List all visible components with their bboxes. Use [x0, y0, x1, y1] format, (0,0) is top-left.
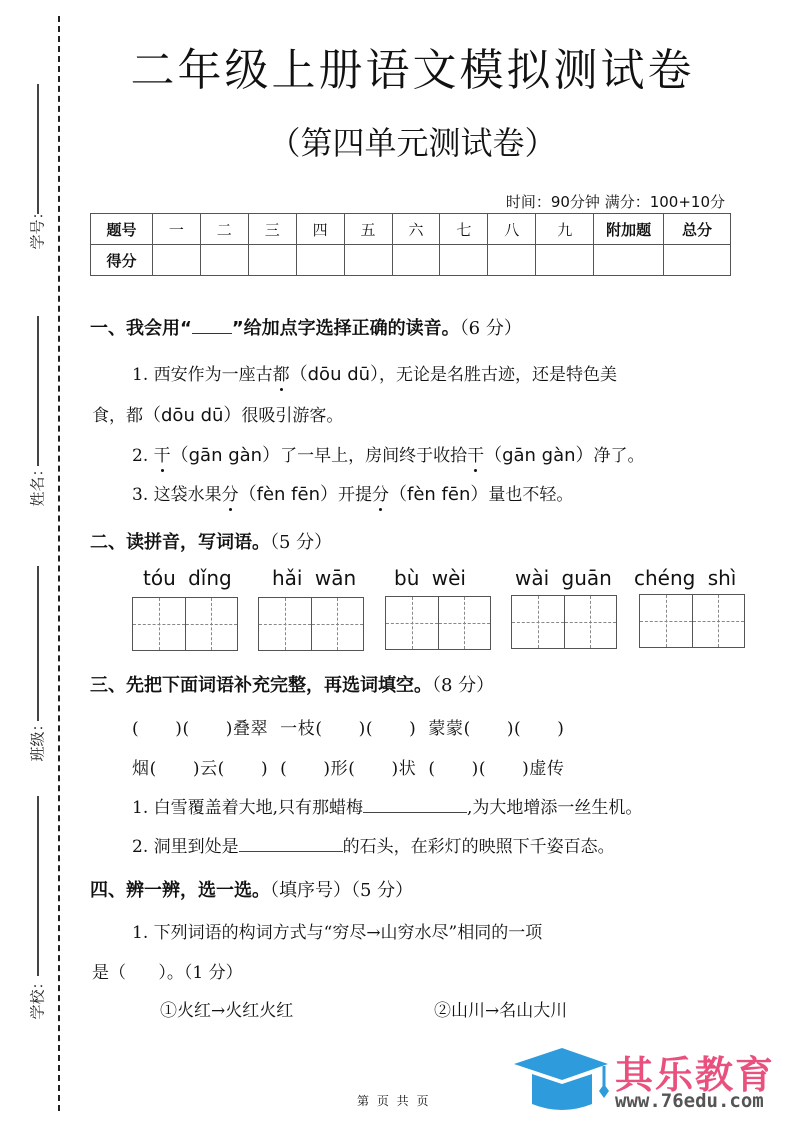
section1-q2: 2. 干（gān gàn）了一早上，房间终于收拾干（gān gàn）净了。 [132, 441, 645, 467]
section1-q1-line1: 1. 西安作为一座古都（dōu dū），无论是名胜古迹，还是特色美 [132, 360, 617, 386]
section4-points: （填序号）（5 分） [270, 880, 413, 901]
fill-blank[interactable] [363, 797, 467, 813]
cell-header: 二 [200, 214, 248, 245]
grid-cell[interactable] [185, 598, 238, 650]
cell-header: 一 [152, 214, 200, 245]
section2-points: （5 分） [270, 532, 332, 553]
section1-title-b: ”给加点字选择正确的读音。 [232, 318, 460, 339]
grid-cell[interactable] [133, 598, 185, 650]
cell-header: 附加题 [594, 214, 664, 245]
q1-text: 1. 白雪覆盖着大地,只有那蜡梅 [132, 798, 363, 818]
score-cell[interactable] [392, 245, 440, 276]
grid-cell[interactable] [259, 598, 311, 650]
score-cell[interactable] [200, 245, 248, 276]
binding-dashed-line [58, 16, 60, 1111]
option-1: ①火红→火红火红 [160, 996, 293, 1021]
q1-text: 很吸引游客。 [241, 406, 343, 426]
underline-sample [192, 318, 232, 334]
section3-title-text: 三、先把下面词语补充完整，再选词填空。 [90, 675, 432, 696]
school-field[interactable]: 学校： [8, 796, 48, 1046]
class-field[interactable]: 班级： [8, 566, 48, 766]
score-cell[interactable] [488, 245, 536, 276]
section3-title: 三、先把下面词语补充完整，再选词填空。（8 分） [90, 671, 494, 697]
cell-row-label: 得分 [91, 245, 153, 276]
q1-text: ,为大地增添一丝生机。 [467, 798, 642, 818]
section2-title: 二、读拼音，写词语。（5 分） [90, 528, 332, 554]
q3-text: 开提 [338, 485, 372, 505]
score-cell[interactable] [594, 245, 664, 276]
section4-title: 四、辨一辨，选一选。（填序号）（5 分） [90, 876, 413, 902]
writing-grid[interactable] [132, 597, 238, 651]
dotted-char: 干 [154, 441, 171, 466]
pinyin-word: chéng shì [634, 566, 736, 590]
pinyin-choice[interactable]: （fèn fēn） [389, 484, 488, 505]
q3-text: 3. 这袋水果 [132, 485, 222, 505]
score-cell[interactable] [152, 245, 200, 276]
school-label: 学校： [27, 990, 48, 1020]
page-title: 二年级上册语文模拟测试卷 [95, 34, 730, 98]
grid-cell[interactable] [386, 597, 438, 649]
q2-text: 2. [132, 446, 154, 466]
cell-header: 三 [248, 214, 296, 245]
grid-cell[interactable] [640, 595, 692, 647]
score-cell[interactable] [536, 245, 594, 276]
exam-meta: 时间：90分钟 满分：100+10分 [506, 191, 725, 212]
grid-cell[interactable] [564, 596, 617, 648]
brand-url[interactable]: www.76edu.com [615, 1090, 764, 1112]
q2-text: 的石头，在彩灯的映照下千姿百态。 [343, 837, 615, 857]
q2-text: 净了。 [594, 446, 645, 466]
pinyin-choice[interactable]: （fèn fēn） [239, 484, 338, 505]
q1-text: 1. 西安作为一座古 [132, 365, 273, 385]
class-label: 班级： [27, 732, 48, 762]
fill-blank[interactable] [239, 836, 343, 852]
section4-title-text: 四、辨一辨，选一选。 [90, 880, 270, 901]
name-field[interactable]: 姓名： [8, 316, 48, 516]
score-cell[interactable] [248, 245, 296, 276]
student-id-field[interactable]: 学号： [8, 84, 48, 274]
pinyin-word: bù wèi [394, 566, 466, 590]
section3-q1: 1. 白雪覆盖着大地,只有那蜡梅,为大地增添一丝生机。 [132, 793, 642, 818]
page-number: 第 页 共 页 [357, 1092, 428, 1109]
class-line[interactable] [37, 566, 39, 721]
grid-cell[interactable] [438, 597, 491, 649]
cell-header: 八 [488, 214, 536, 245]
section3-points: （8 分） [432, 675, 494, 696]
section1-points: （6 分） [460, 318, 522, 339]
cell-header: 六 [392, 214, 440, 245]
section1-q1-line2: 食，都（dōu dū）很吸引游客。 [92, 401, 343, 427]
cell-header: 九 [536, 214, 594, 245]
q2-text: 2. 洞里到处是 [132, 837, 239, 857]
grid-cell[interactable] [692, 595, 745, 647]
pinyin-choice[interactable]: （gān gàn） [484, 445, 593, 466]
name-label: 姓名： [27, 477, 48, 507]
score-cell[interactable] [664, 245, 731, 276]
section1-title-a: 一、我会用“ [90, 318, 192, 339]
writing-grid[interactable] [385, 596, 491, 650]
cell-header: 总分 [664, 214, 731, 245]
grid-cell[interactable] [512, 596, 564, 648]
idiom-row-2[interactable]: 烟( )云( ) ( )形( )状 ( )( )虚传 [132, 754, 565, 779]
section4-q1-line2[interactable]: 是（ ）。（1 分） [92, 958, 243, 983]
pinyin-choice[interactable]: （gān gàn） [171, 445, 280, 466]
cell-header: 四 [296, 214, 344, 245]
q1-text: 食，都 [92, 406, 143, 426]
grid-cell[interactable] [311, 598, 364, 650]
section4-q1-line1: 1. 下列词语的构词方式与“穷尽→山穷水尽”相同的一项 [132, 918, 542, 943]
q1-text: ，无论是名胜古迹，还是特色美 [379, 365, 617, 385]
writing-grid[interactable] [258, 597, 364, 651]
pinyin-word: hǎi wān [272, 566, 356, 590]
student-id-line[interactable] [37, 84, 39, 214]
score-table-score-row: 得分 [91, 245, 731, 276]
section3-q2: 2. 洞里到处是的石头，在彩灯的映照下千姿百态。 [132, 832, 615, 857]
q3-text: 量也不轻。 [488, 485, 573, 505]
writing-grid[interactable] [639, 594, 745, 648]
dotted-char: 分 [222, 480, 239, 505]
pinyin-choice[interactable]: （dōu dū） [290, 364, 379, 385]
score-cell[interactable] [296, 245, 344, 276]
dotted-char: 分 [372, 480, 389, 505]
score-cell[interactable] [344, 245, 392, 276]
brand-logo[interactable]: 其乐教育 www.76edu.com [510, 1044, 790, 1116]
student-id-label: 学号： [27, 220, 48, 250]
section1-title: 一、我会用“”给加点字选择正确的读音。（6 分） [90, 314, 522, 340]
school-line[interactable] [37, 796, 39, 976]
option-2: ②山川→名山大川 [434, 996, 567, 1021]
cell-header: 五 [344, 214, 392, 245]
q2-text: 了一早上，房间终于收拾 [280, 446, 467, 466]
page-subtitle: （第四单元测试卷） [95, 118, 730, 164]
score-table: 题号 一 二 三 四 五 六 七 八 九 附加题 总分 得分 [90, 213, 731, 276]
writing-grid[interactable] [511, 595, 617, 649]
pinyin-word: tóu dǐng [143, 566, 232, 590]
pinyin-word: wài guān [515, 566, 612, 590]
score-cell[interactable] [440, 245, 488, 276]
pinyin-choice[interactable]: （dōu dū） [143, 405, 241, 426]
dotted-char: 干 [467, 441, 484, 466]
graduation-cap-icon [510, 1044, 610, 1116]
cell-header: 七 [440, 214, 488, 245]
section1-q3: 3. 这袋水果分（fèn fēn）开提分（fèn fēn）量也不轻。 [132, 480, 573, 506]
idiom-row-1[interactable]: ( )( )叠翠 一枝( )( ) 蒙蒙( )( ) [132, 714, 565, 739]
cell-header: 题号 [91, 214, 153, 245]
score-table-header-row: 题号 一 二 三 四 五 六 七 八 九 附加题 总分 [91, 214, 731, 245]
dotted-char: 都 [273, 360, 290, 385]
section2-title-text: 二、读拼音，写词语。 [90, 532, 270, 553]
name-line[interactable] [37, 316, 39, 466]
